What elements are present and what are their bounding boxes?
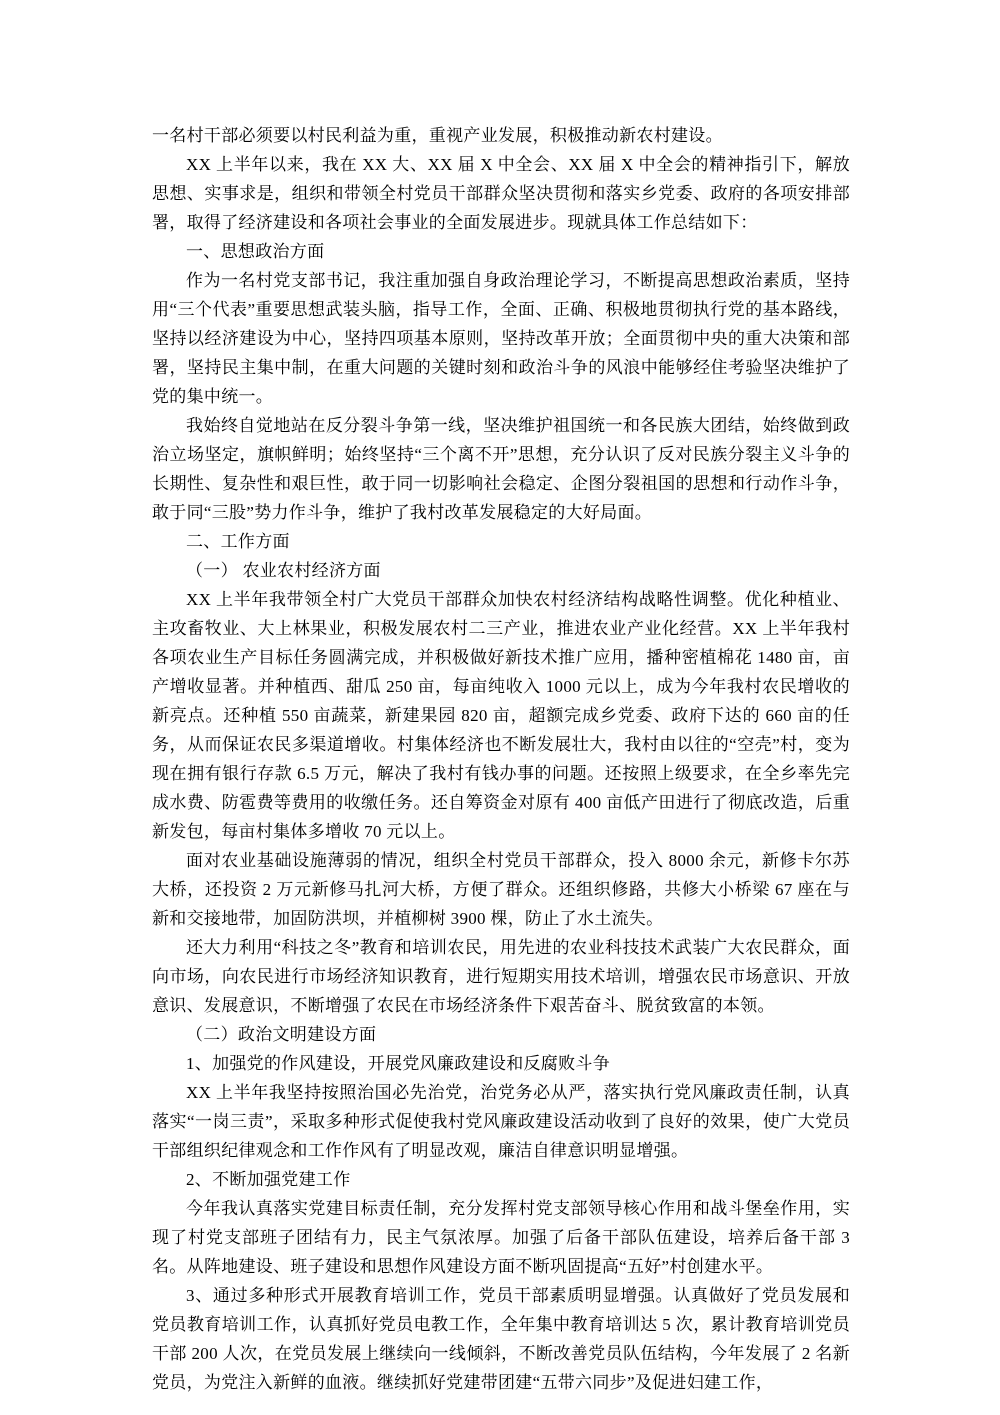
paragraph-anti-separatism: 我始终自觉地站在反分裂斗争第一线，坚决维护祖国统一和各民族大团结，始终做到政治立…: [152, 411, 850, 527]
heading-political-civilization: （二）政治文明建设方面: [152, 1020, 850, 1049]
paragraph-theory-study: 作为一名村党支部书记，我注重加强自身政治理论学习，不断提高思想政治素质，坚持用“…: [152, 266, 850, 411]
paragraph-education-training: 3、通过多种形式开展教育培训工作，党员干部素质明显增强。认真做好了党员发展和党员…: [152, 1281, 850, 1397]
paragraph-party-building: 今年我认真落实党建目标责任制，充分发挥村党支部领导核心作用和战斗堡垒作用，实现了…: [152, 1194, 850, 1281]
heading-party-conduct: 1、加强党的作风建设，开展党风廉政建设和反腐败斗争: [152, 1049, 850, 1078]
paragraph-science-training: 还大力利用“科技之冬”教育和培训农民，用先进的农业科技技术武装广大农民群众，面向…: [152, 933, 850, 1020]
intro-paragraph: XX 上半年以来，我在 XX 大、XX 届 X 中全会、XX 届 X 中全会的精…: [152, 150, 850, 237]
paragraph-party-conduct: XX 上半年我坚持按照治国必先治党，治党务必从严，落实执行党风廉政责任制，认真落…: [152, 1078, 850, 1165]
heading-party-building: 2、不断加强党建工作: [152, 1165, 850, 1194]
document-page: 一名村干部必须要以村民利益为重，重视产业发展，积极推动新农村建设。 XX 上半年…: [0, 0, 1000, 1415]
heading-ideological-politics: 一、思想政治方面: [152, 237, 850, 266]
heading-work-aspect: 二、工作方面: [152, 527, 850, 556]
paragraph-agriculture: XX 上半年我带领全村广大党员干部群众加快农村经济结构战略性调整。优化种植业、主…: [152, 585, 850, 846]
paragraph-infrastructure: 面对农业基础设施薄弱的情况，组织全村党员干部群众，投入 8000 余元，新修卡尔…: [152, 846, 850, 933]
continued-paragraph: 一名村干部必须要以村民利益为重，重视产业发展，积极推动新农村建设。: [152, 121, 850, 150]
heading-agriculture-economy: （一） 农业农村经济方面: [152, 556, 850, 585]
